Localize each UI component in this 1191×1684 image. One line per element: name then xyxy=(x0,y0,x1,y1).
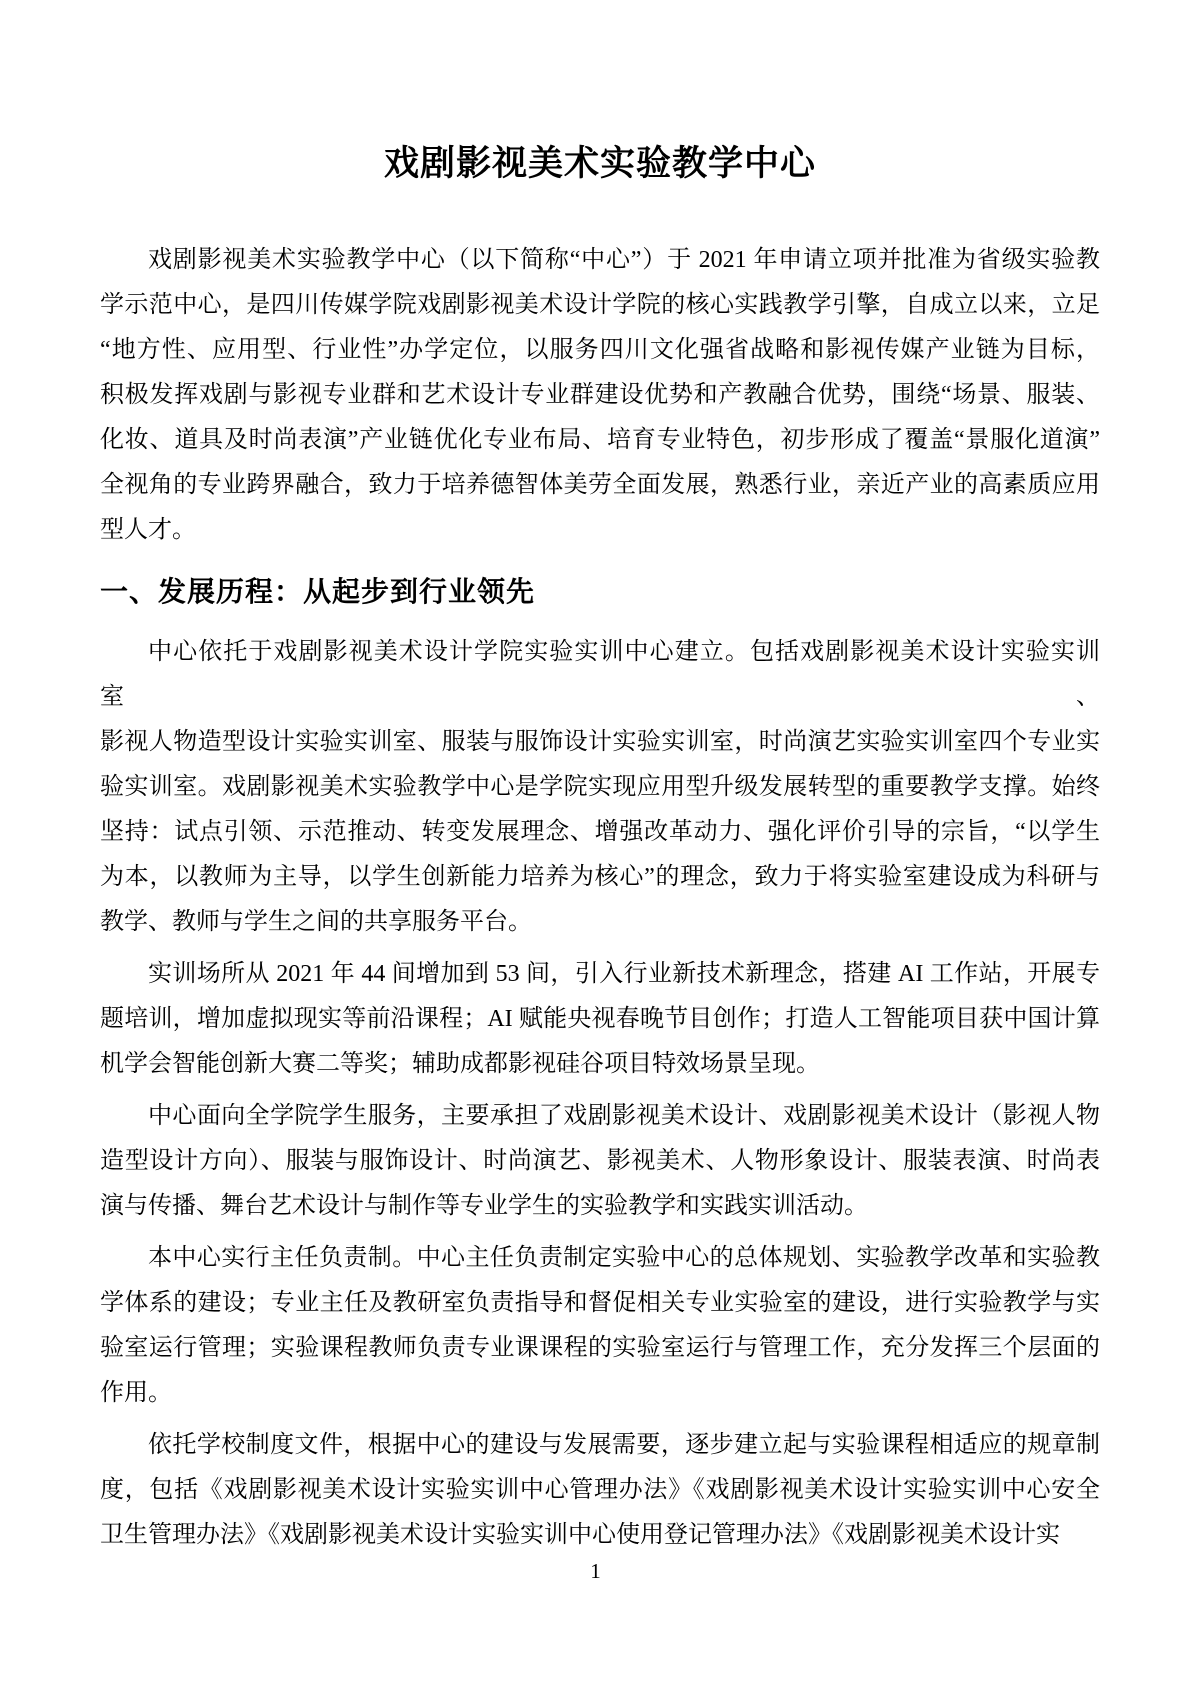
paragraph: 实训场所从 2021 年 44 间增加到 53 间，引入行业新技术新理念，搭建 … xyxy=(100,952,1100,1087)
text-line: 演与传播、舞台艺术设计与制作等专业学生的实验教学和实践实训活动。 xyxy=(100,1184,1100,1229)
text-line: 全视角的专业跨界融合，致力于培养德智体美劳全面发展，熟悉行业，亲近产业的高素质应… xyxy=(100,463,1100,508)
paragraph: 本中心实行主任负责制。中心主任负责制定实验中心的总体规划、实验教学改革和实验教学… xyxy=(100,1236,1100,1416)
text-line: “地方性、应用型、行业性”办学定位，以服务四川文化强省战略和影视传媒产业链为目标… xyxy=(100,328,1100,373)
paragraph: 中心面向全学院学生服务，主要承担了戏剧影视美术设计、戏剧影视美术设计（影视人物造… xyxy=(100,1094,1100,1229)
section-heading: 一、发展历程：从起步到行业领先 xyxy=(100,567,1100,617)
document-sections: 戏剧影视美术实验教学中心（以下简称“中心”）于 2021 年申请立项并批准为省级… xyxy=(100,238,1100,1558)
text-line: 坚持：试点引领、示范推动、转变发展理念、增强改革动力、强化评价引导的宗旨，“以学… xyxy=(100,810,1100,855)
document-title: 戏剧影视美术实验教学中心 xyxy=(100,138,1100,190)
page-number: 1 xyxy=(0,1558,1191,1584)
text-line: 实训场所从 2021 年 44 间增加到 53 间，引入行业新技术新理念，搭建 … xyxy=(100,952,1100,997)
text-line: 为本，以教师为主导，以学生创新能力培养为核心”的理念，致力于将实验室建设成为科研… xyxy=(100,855,1100,900)
text-line: 型人才。 xyxy=(100,508,1100,553)
text-line: 化妆、道具及时尚表演”产业链优化专业布局、培育专业特色，初步形成了覆盖“景服化道… xyxy=(100,418,1100,463)
paragraph: 依托学校制度文件，根据中心的建设与发展需要，逐步建立起与实验课程相适应的规章制度… xyxy=(100,1423,1100,1558)
document-page: 戏剧影视美术实验教学中心 戏剧影视美术实验教学中心（以下简称“中心”）于 202… xyxy=(0,0,1191,1684)
text-line: 题培训，增加虚拟现实等前沿课程；AI 赋能央视春晚节目创作；打造人工智能项目获中… xyxy=(100,997,1100,1042)
text-line: 验室运行管理；实验课程教师负责专业课课程的实验室运行与管理工作，充分发挥三个层面… xyxy=(100,1326,1100,1371)
text-line: 中心面向全学院学生服务，主要承担了戏剧影视美术设计、戏剧影视美术设计（影视人物 xyxy=(100,1094,1100,1139)
text-line: 机学会智能创新大赛二等奖；辅助成都影视硅谷项目特效场景呈现。 xyxy=(100,1042,1100,1087)
text-line: 验实训室。戏剧影视美术实验教学中心是学院实现应用型升级发展转型的重要教学支撑。始… xyxy=(100,765,1100,810)
text-line: 造型设计方向）、服装与服饰设计、时尚演艺、影视美术、人物形象设计、服装表演、时尚… xyxy=(100,1139,1100,1184)
text-line: 学示范中心，是四川传媒学院戏剧影视美术设计学院的核心实践教学引擎，自成立以来，立… xyxy=(100,283,1100,328)
text-line: 教学、教师与学生之间的共享服务平台。 xyxy=(100,900,1100,945)
text-line: 戏剧影视美术实验教学中心（以下简称“中心”）于 2021 年申请立项并批准为省级… xyxy=(100,238,1100,283)
text-line: 依托学校制度文件，根据中心的建设与发展需要，逐步建立起与实验课程相适应的规章制 xyxy=(100,1423,1100,1468)
text-line: 作用。 xyxy=(100,1371,1100,1416)
text-line: 影视人物造型设计实验实训室、服装与服饰设计实验实训室，时尚演艺实验实训室四个专业… xyxy=(100,720,1100,765)
text-line: 卫生管理办法》《戏剧影视美术设计实验实训中心使用登记管理办法》《戏剧影视美术设计… xyxy=(100,1513,1100,1558)
paragraph: 中心依托于戏剧影视美术设计学院实验实训中心建立。包括戏剧影视美术设计实验实训室、… xyxy=(100,630,1100,945)
paragraph: 戏剧影视美术实验教学中心（以下简称“中心”）于 2021 年申请立项并批准为省级… xyxy=(100,238,1100,553)
text-line: 中心依托于戏剧影视美术设计学院实验实训中心建立。包括戏剧影视美术设计实验实训室、 xyxy=(100,630,1100,720)
text-line: 本中心实行主任负责制。中心主任负责制定实验中心的总体规划、实验教学改革和实验教 xyxy=(100,1236,1100,1281)
text-line: 度，包括《戏剧影视美术设计实验实训中心管理办法》《戏剧影视美术设计实验实训中心安… xyxy=(100,1468,1100,1513)
text-line: 学体系的建设；专业主任及教研室负责指导和督促相关专业实验室的建设，进行实验教学与… xyxy=(100,1281,1100,1326)
text-line: 积极发挥戏剧与影视专业群和艺术设计专业群建设优势和产教融合优势，围绕“场景、服装… xyxy=(100,373,1100,418)
document-content: 戏剧影视美术实验教学中心 戏剧影视美术实验教学中心（以下简称“中心”）于 202… xyxy=(100,0,1100,1565)
